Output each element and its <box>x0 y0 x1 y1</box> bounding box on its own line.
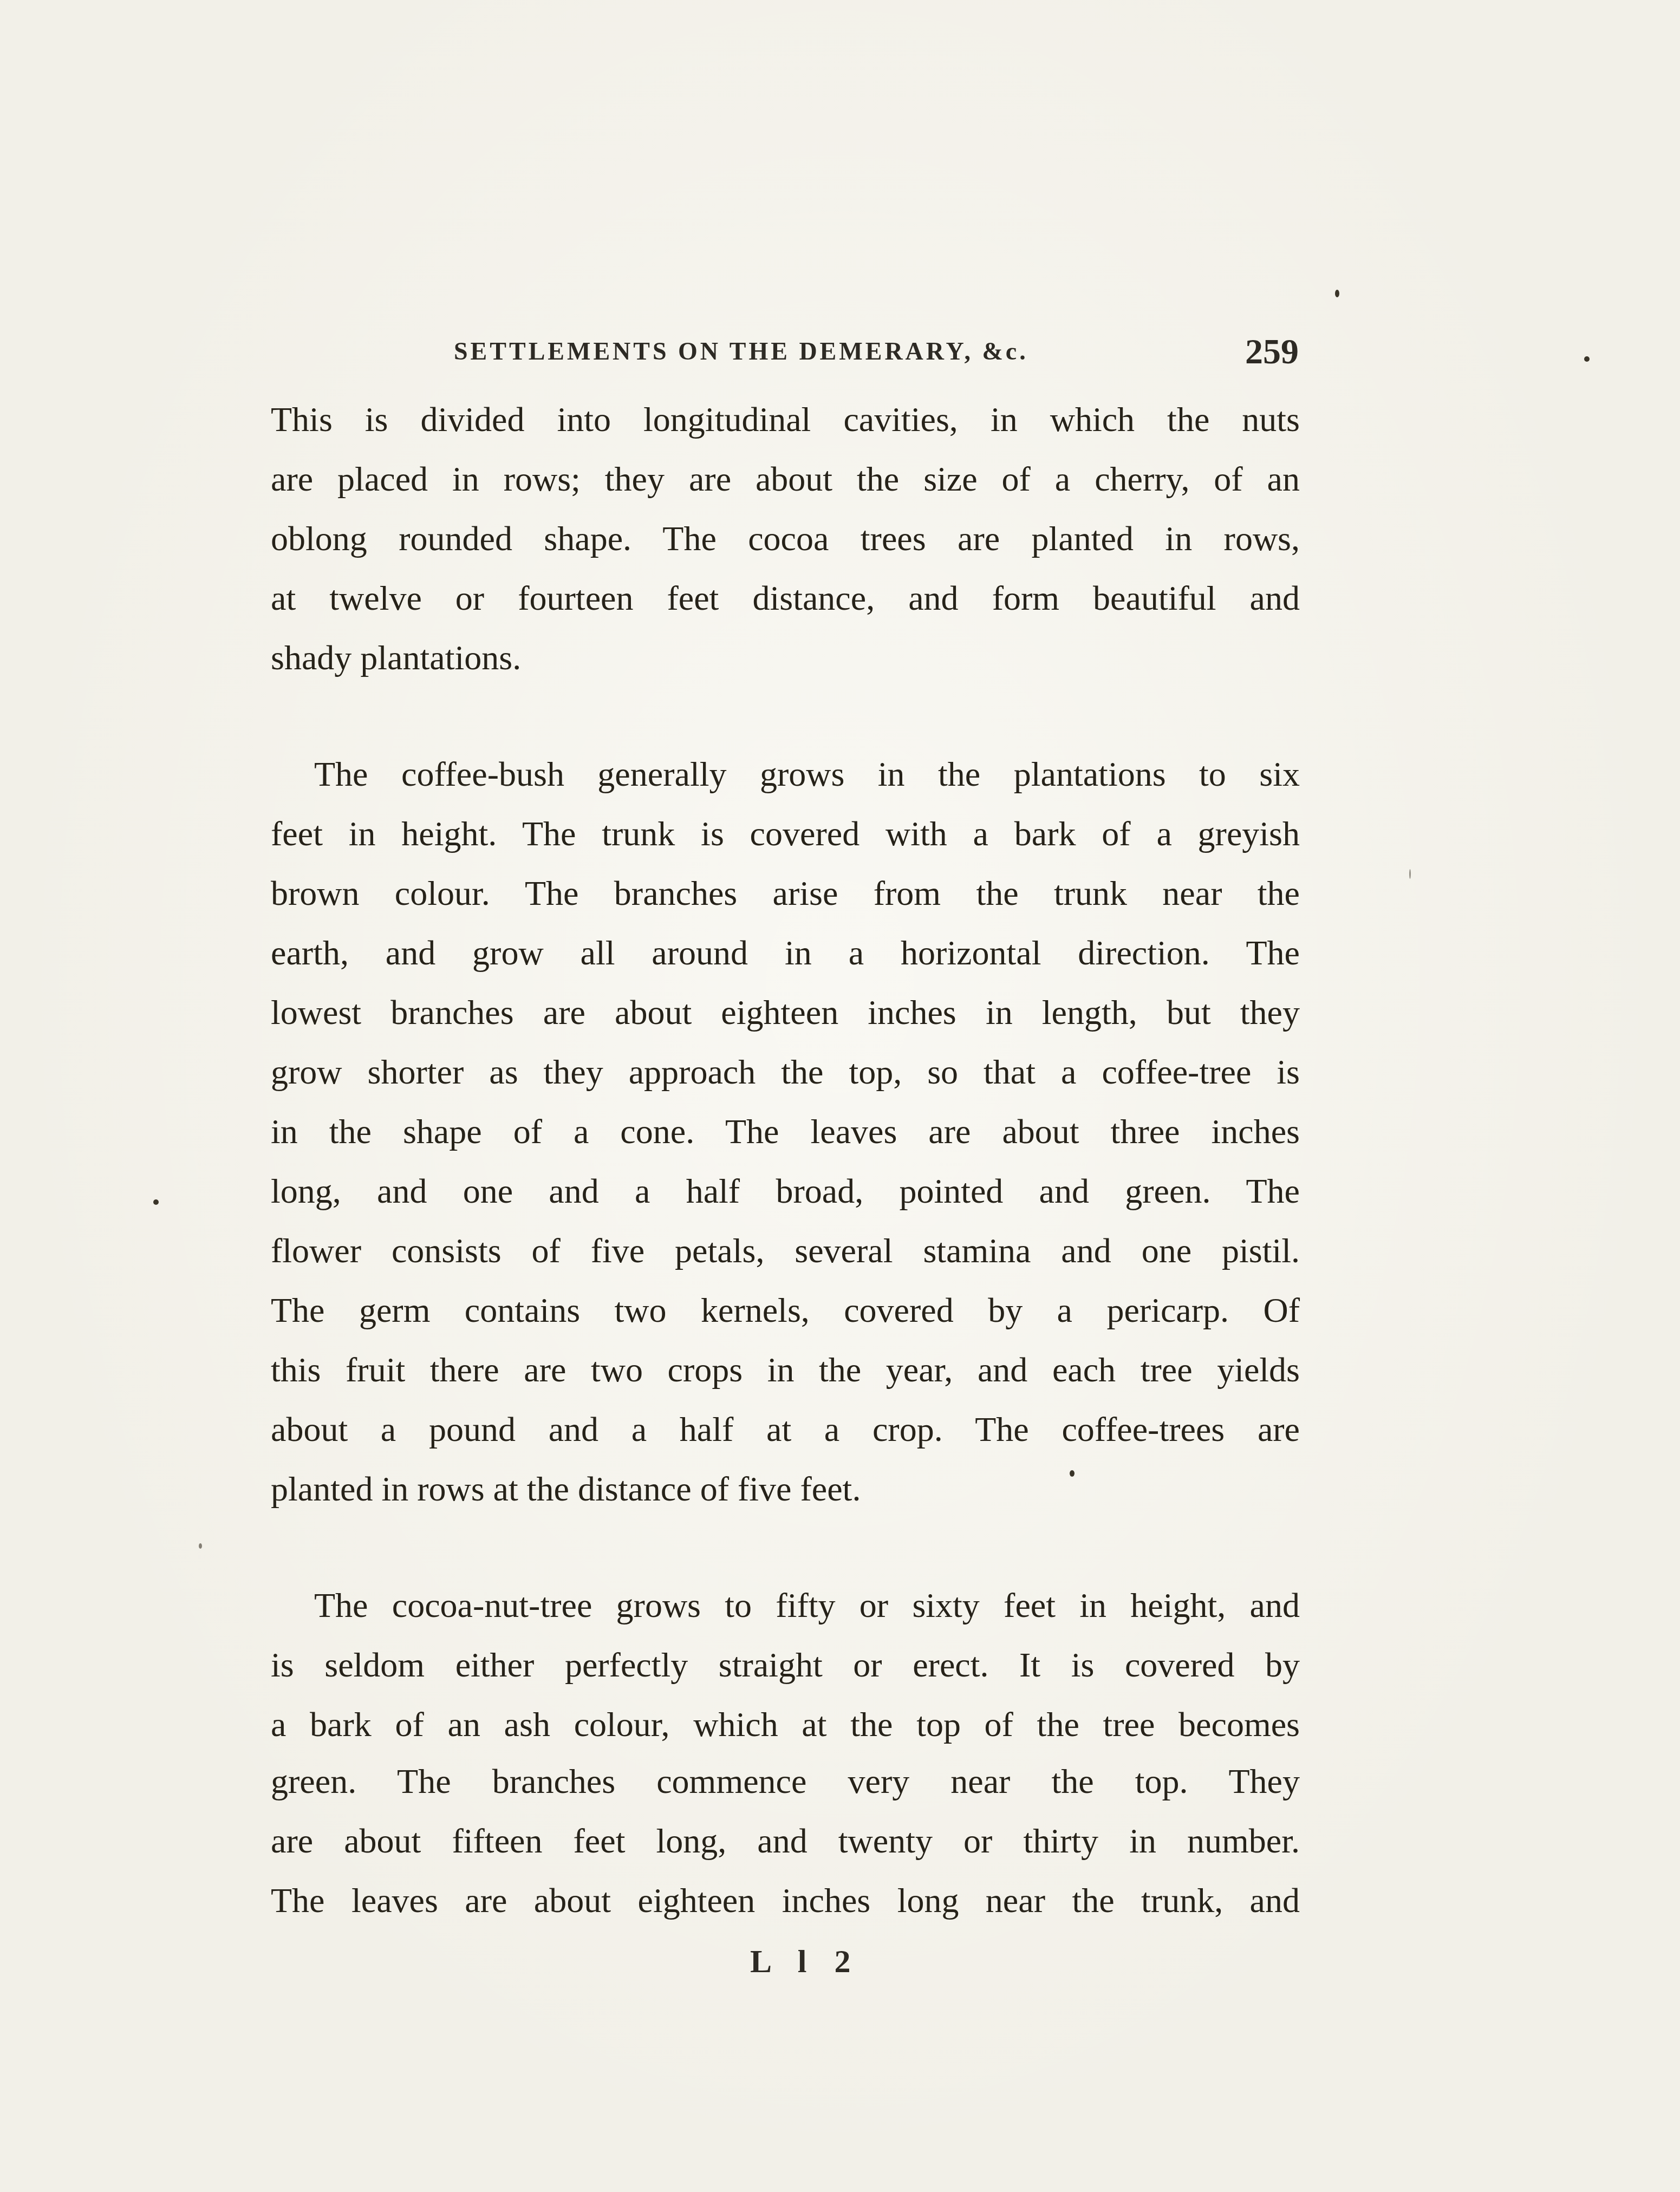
text-line: green. The branches commence very near t… <box>271 1752 1300 1811</box>
text-line: brown colour. The branches arise from th… <box>271 864 1300 923</box>
signature-mark: L l 2 <box>750 1943 860 1980</box>
text-line: earth, and grow all around in a horizont… <box>271 923 1300 983</box>
paper-speck <box>199 1543 202 1549</box>
text-line: about a pound and a half at a crop. The … <box>271 1400 1300 1459</box>
text-line: The germ contains two kernels, covered b… <box>271 1281 1300 1340</box>
text-line: shady plantations. <box>271 628 1300 688</box>
text-line: are about fifteen feet long, and twenty … <box>271 1811 1300 1871</box>
text-line: long, and one and a half broad, pointed … <box>271 1162 1300 1221</box>
text-line: lowest branches are about eighteen inche… <box>271 983 1300 1042</box>
paper-speck <box>153 1199 159 1205</box>
paper-speck <box>1584 356 1590 362</box>
paper-speck <box>1335 290 1339 297</box>
running-title: SETTLEMENTS ON THE DEMERARY, &c. <box>454 337 1028 366</box>
text-line: grow shorter as they approach the top, s… <box>271 1042 1300 1102</box>
text-line: are placed in rows; they are about the s… <box>271 449 1300 509</box>
text-line: feet in height. The trunk is covered wit… <box>271 804 1300 864</box>
text-line: This is divided into longitudinal caviti… <box>271 390 1300 449</box>
book-page: SETTLEMENTS ON THE DEMERARY, &c. 259 Thi… <box>0 0 1680 2192</box>
text-line: The cocoa-nut-tree grows to fifty or six… <box>271 1576 1300 1635</box>
page-number: 259 <box>1245 331 1299 373</box>
text-line: this fruit there are two crops in the ye… <box>271 1340 1300 1400</box>
text-line: flower consists of five petals, several … <box>271 1221 1300 1281</box>
text-line: in the shape of a cone. The leaves are a… <box>271 1102 1300 1162</box>
text-line: a bark of an ash colour, which at the to… <box>271 1695 1300 1754</box>
text-line: planted in rows at the distance of five … <box>271 1459 1300 1519</box>
paper-speck <box>1409 869 1411 879</box>
running-head: SETTLEMENTS ON THE DEMERARY, &c. 259 <box>454 331 1299 375</box>
text-line: at twelve or fourteen feet distance, and… <box>271 569 1300 628</box>
paper-speck <box>1070 1470 1075 1477</box>
text-line: is seldom either perfectly straight or e… <box>271 1635 1300 1695</box>
text-line: The coffee-bush generally grows in the p… <box>271 745 1300 804</box>
text-line: The leaves are about eighteen inches lon… <box>271 1871 1300 1930</box>
text-line: oblong rounded shape. The cocoa trees ar… <box>271 509 1300 569</box>
